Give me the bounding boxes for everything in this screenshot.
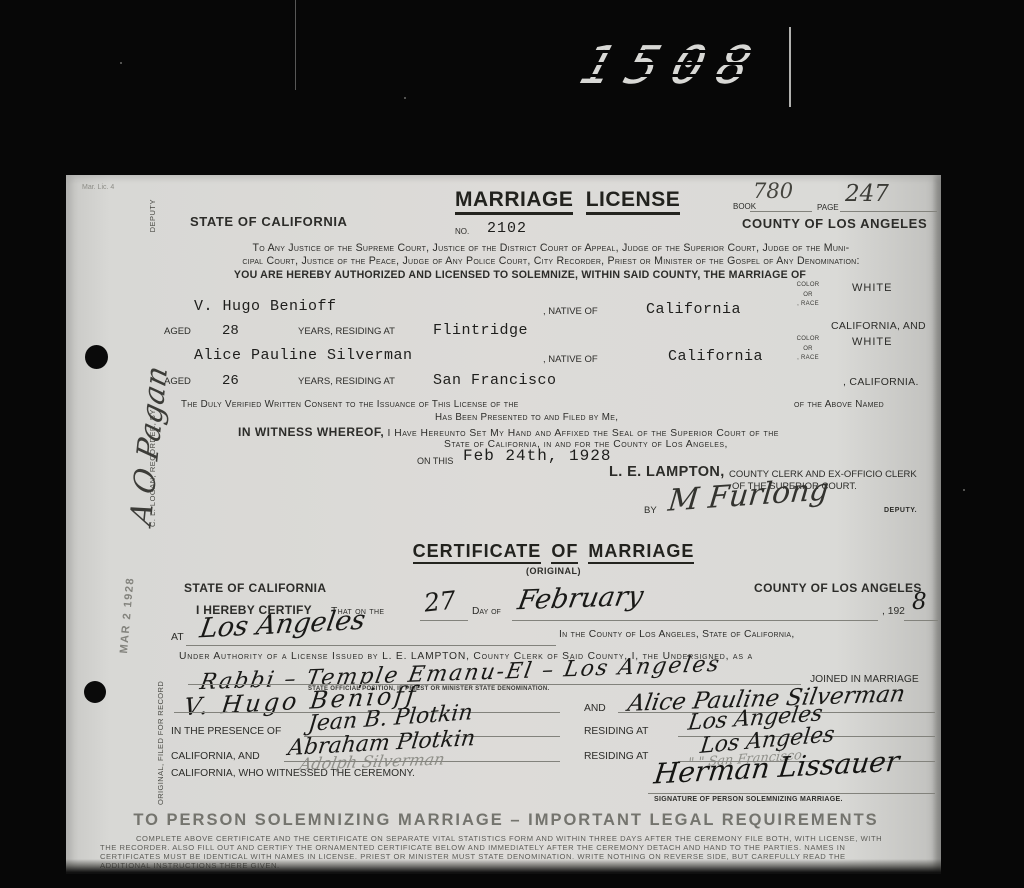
day-rule — [420, 620, 468, 621]
witness-clause-rest: I Have Hereunto Set My Hand and Affixed … — [384, 428, 779, 439]
book-label: BOOK — [733, 202, 756, 211]
page-label: PAGE — [817, 203, 839, 212]
bride-native-of: California — [668, 348, 763, 365]
bride-native-of-label: , NATIVE OF — [543, 354, 598, 365]
year-prefix: , 192 — [882, 606, 905, 617]
consent-left: The Duly Verified Written Consent to the… — [181, 399, 519, 410]
witness2-rule — [284, 761, 560, 762]
clerk-name: L. E. LAMPTON, — [609, 464, 725, 480]
marriage-license-document: Mar. Lic. 4 C. L. LOGAN, RECORDER, BY DE… — [66, 175, 941, 874]
legal-line2: THE RECORDER. ALSO FILL OUT AND CERTIFY … — [100, 843, 845, 852]
race-label-bride: COLOR OR , RACE — [788, 333, 828, 362]
film-speck — [120, 62, 122, 64]
bride-aged-label: AGED — [164, 376, 191, 387]
groom-residence-state: CALIFORNIA, AND — [831, 320, 926, 332]
on-this-label: ON THIS — [417, 456, 453, 466]
page-rule — [840, 211, 937, 212]
deputy-label: DEPUTY. — [884, 507, 917, 514]
signature-rule — [648, 793, 935, 794]
race-label-l2: OR — [803, 346, 813, 352]
film-speck — [404, 97, 406, 99]
consent-right: of the Above Named — [794, 399, 884, 410]
groom-name: V. Hugo Benioff — [194, 298, 337, 315]
license-no-label: NO. — [455, 227, 469, 236]
license-title-word2: LICENSE — [586, 188, 681, 215]
punch-hole-bottom — [84, 681, 106, 703]
page-value: 247 — [845, 181, 889, 207]
california-and-label: CALIFORNIA, AND — [171, 751, 260, 762]
certificate-title-word1: CERTIFICATE — [413, 541, 542, 564]
recorder-deputy-signature: A O Pagan — [124, 362, 175, 528]
and-label: AND — [584, 703, 606, 714]
ceremony-month: February — [515, 581, 646, 617]
race-label-l1: COLOR — [797, 336, 820, 342]
license-title-word1: MARRIAGE — [455, 188, 573, 215]
position-rule — [188, 684, 801, 685]
residing-label2: RESIDING AT — [584, 751, 648, 762]
bride-race: WHITE — [852, 336, 892, 348]
race-label-l3: , RACE — [797, 301, 819, 307]
legal-line1: COMPLETE ABOVE CERTIFICATE AND THE CERTI… — [100, 834, 882, 843]
license-date-value: Feb 24th, 1928 — [463, 447, 611, 465]
addressee-line2: cipal Court, Justice of the Peace, Judge… — [170, 255, 932, 267]
residing-label1: RESIDING AT — [584, 726, 648, 737]
presence-label: IN THE PRESENCE OF — [171, 726, 281, 737]
ceremony-day: 27 — [423, 585, 458, 617]
witness-clause-bold: IN WITNESS WHEREOF, — [238, 425, 384, 439]
filed-date-stamp: MAR 2 1928 — [118, 577, 137, 655]
addressee-line3: YOU ARE HEREBY AUTHORIZED AND LICENSED T… — [170, 269, 870, 281]
certificate-title-word2: OF — [551, 541, 578, 564]
signature-caption: SIGNATURE OF PERSON SOLEMNIZING MARRIAGE… — [654, 796, 843, 803]
license-state-heading: STATE OF CALIFORNIA — [190, 214, 348, 229]
place-rule — [186, 645, 556, 646]
race-label-l1: COLOR — [797, 282, 820, 288]
groom-native-of: California — [646, 301, 741, 318]
microfilm-scan: 1508 Mar. Lic. 4 C. L. LOGAN, RECORDER, … — [0, 0, 1024, 888]
bride-name: Alice Pauline Silverman — [194, 347, 413, 364]
addressee-line1: To Any Justice of the Supreme Court, Jus… — [170, 242, 932, 254]
year-digit: 8 — [912, 589, 927, 615]
film-scratch-line — [789, 27, 791, 107]
bride-years-label: YEARS, RESIDING AT — [298, 376, 395, 387]
film-frame-mask — [560, 30, 790, 110]
race-label-l3: , RACE — [797, 355, 819, 361]
margin-deputy-label: DEPUTY — [148, 199, 157, 232]
bride-residence-state: , CALIFORNIA. — [843, 376, 919, 388]
witnessed-line: CALIFORNIA, WHO WITNESSED THE CEREMONY. — [171, 768, 415, 779]
groom-race: WHITE — [852, 282, 892, 294]
at-label: AT — [171, 631, 184, 643]
book-value: 780 — [753, 179, 793, 203]
county-line: In the County of Los Angeles, State of C… — [559, 629, 795, 640]
torn-bottom-edge — [66, 859, 941, 874]
bride-age: 26 — [222, 373, 239, 389]
film-speck — [963, 489, 965, 491]
groom-age: 28 — [222, 323, 239, 339]
race-label-groom: COLOR OR , RACE — [788, 279, 828, 308]
legal-heading: TO PERSON SOLEMNIZING MARRIAGE – IMPORTA… — [126, 811, 886, 830]
original-filed-label: ORIGINAL, FILED FOR RECORD — [156, 681, 165, 805]
groom-years-label: YEARS, RESIDING AT — [298, 326, 395, 337]
certificate-county-heading: COUNTY OF LOS ANGELES — [754, 581, 922, 595]
month-rule — [512, 620, 878, 621]
form-code: Mar. Lic. 4 — [82, 184, 114, 191]
punch-hole-top — [85, 345, 108, 369]
groom-aged-label: AGED — [164, 326, 191, 337]
by-label: BY — [644, 505, 657, 516]
certificate-state-heading: STATE OF CALIFORNIA — [184, 581, 326, 595]
groom-native-of-label: , NATIVE OF — [543, 306, 598, 317]
groom-residence: Flintridge — [433, 322, 528, 339]
film-scratch-line-faint — [295, 0, 296, 90]
consent-line2: Has Been Presented to and Filed by Me, — [435, 412, 618, 423]
witness-clause: IN WITNESS WHEREOF, I Have Hereunto Set … — [238, 425, 779, 439]
solemnizer-signature: Herman Lissauer — [652, 744, 901, 790]
day-of-label: Day of — [472, 606, 501, 617]
certificate-title-word3: MARRIAGE — [588, 541, 694, 564]
race-label-l2: OR — [803, 292, 813, 298]
bride-residence: San Francisco — [433, 372, 557, 389]
license-no-value: 2102 — [487, 220, 527, 237]
certificate-subtitle: (ORIGINAL) — [166, 566, 941, 576]
year-rule — [904, 620, 938, 621]
license-county-heading: COUNTY OF LOS ANGELES — [742, 216, 927, 231]
book-rule — [750, 211, 812, 212]
license-title: MARRIAGE LICENSE — [455, 188, 680, 212]
certificate-title: CERTIFICATE OF MARRIAGE — [166, 541, 941, 562]
